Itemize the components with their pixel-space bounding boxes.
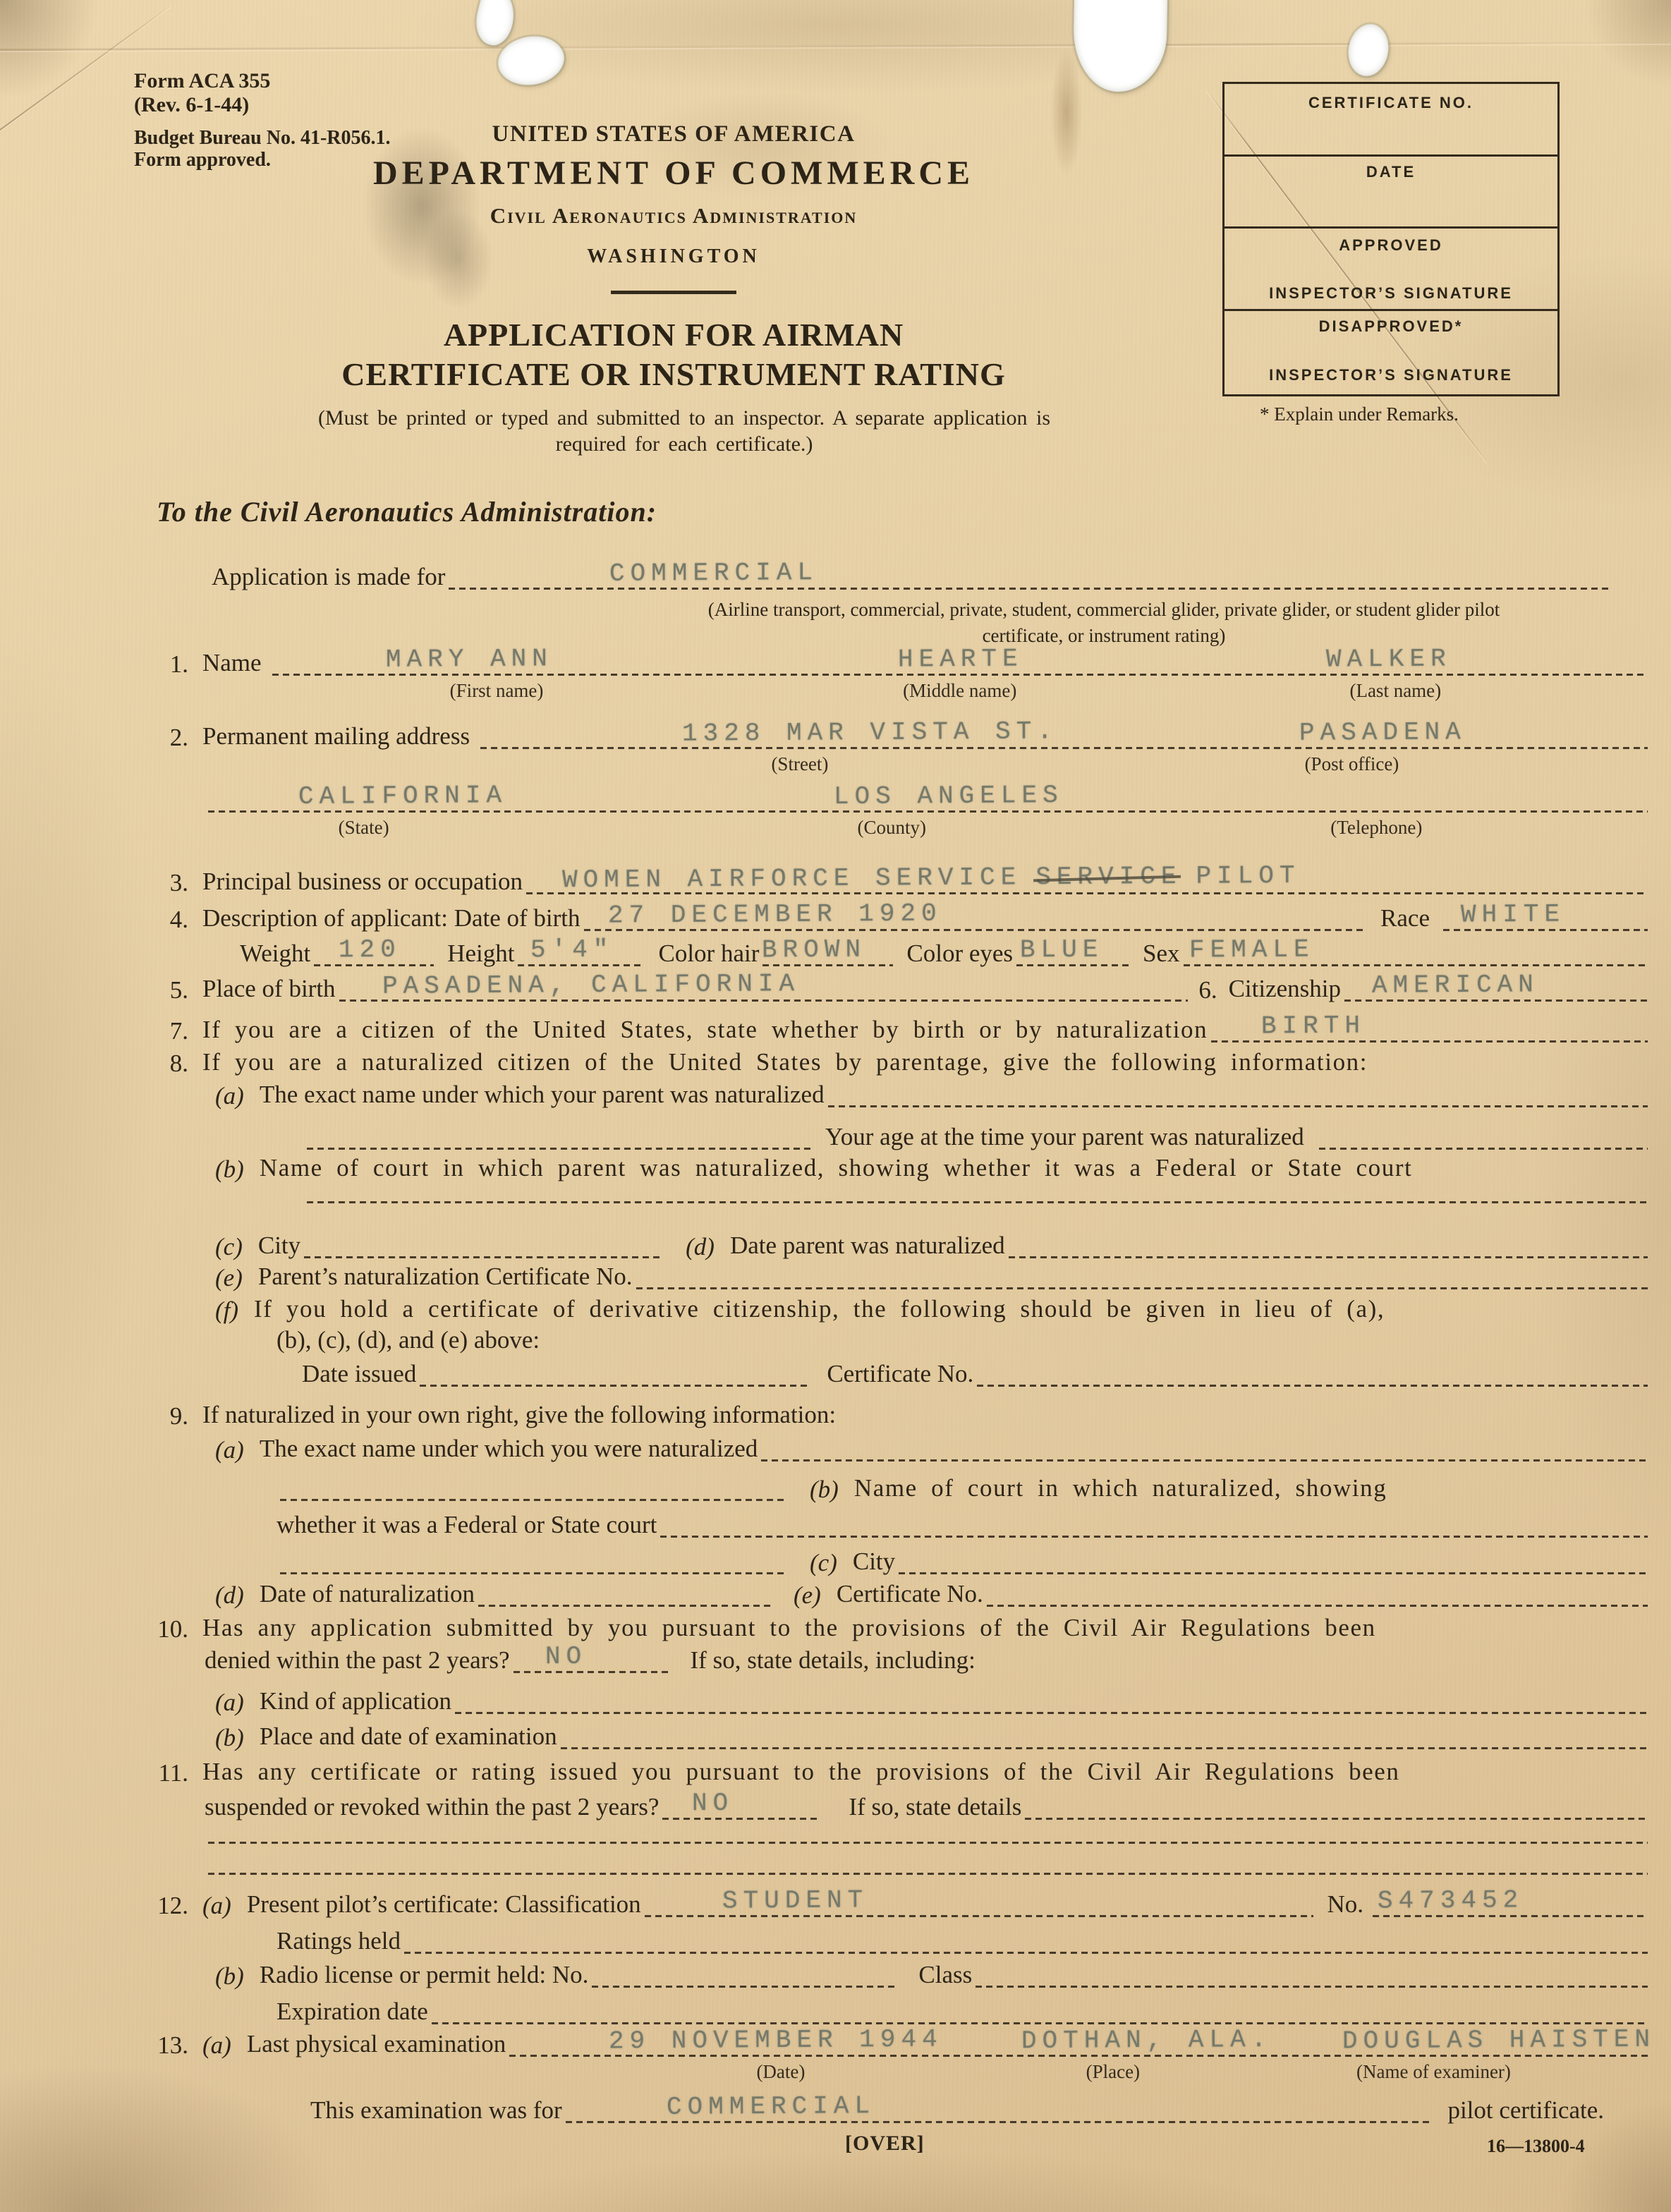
naturalized-own-right-label: If naturalized in your own right, give t…	[202, 1401, 836, 1430]
inspectors-signature-label: INSPECTOR’S SIGNATURE	[1225, 284, 1557, 303]
typed-street: 1328 MAR VISTA ST.	[682, 717, 1058, 748]
q8c-label: City	[258, 1232, 300, 1261]
q8d-label: Date parent was naturalized	[730, 1232, 1005, 1261]
typed-citizenship: AMERICAN	[1372, 970, 1539, 999]
hair-field: BROWN	[759, 937, 897, 969]
form-number-line: Form ACA 355	[134, 69, 270, 93]
citizen-field: BIRTH	[1208, 1013, 1651, 1045]
item-number: 11.	[138, 1759, 188, 1787]
over-label: [OVER]	[845, 2132, 925, 2156]
item-number: 9.	[138, 1402, 188, 1430]
sub-letter: (e)	[215, 1264, 243, 1292]
instructions-line1: (Must be printed or typed and submitted …	[145, 406, 1224, 430]
form-title-line1: APPLICATION FOR AIRMAN	[321, 316, 1026, 353]
certificate-number-label: No.	[1327, 1890, 1363, 1920]
item-number: 2.	[138, 724, 188, 752]
q8cd-row: (c) City (d) Date parent was naturalized	[215, 1229, 1651, 1261]
classification-field: STUDENT	[641, 1888, 1318, 1920]
typed-birthplace: PASADENA, CALIFORNIA	[382, 969, 800, 1001]
typed-height: 5'4"	[530, 935, 614, 965]
height-field: 5'4"	[514, 937, 648, 969]
q9e-label: Certificate No.	[837, 1580, 983, 1610]
typed-occupation-part1: WOMEN AIRFORCE SERVICE	[562, 863, 1022, 894]
address-row: 2. Permanent mailing address 1328 MAR VI…	[138, 719, 1651, 752]
ratings-label: Ratings held	[277, 1927, 401, 1957]
typed-sex: FEMALE	[1189, 935, 1315, 964]
naturalized-own-right-row: 9. If naturalized in your own right, giv…	[138, 1398, 1651, 1430]
q8c-field	[300, 1229, 667, 1261]
sub-letter: (a)	[202, 1892, 231, 1920]
q8f-row-2: (b), (c), (d), and (e) above:	[277, 1323, 1651, 1356]
sex-field: FEMALE	[1180, 937, 1651, 969]
date-issued-field	[416, 1357, 811, 1390]
q8f-label-line1: If you hold a certificate of derivative …	[254, 1295, 1385, 1325]
q9c-row: (c) City	[277, 1545, 1651, 1577]
q10a-label: Kind of application	[260, 1687, 451, 1717]
typed-exam-place: DOTHAN, ALA.	[1021, 2025, 1272, 2055]
county-hint: (County)	[857, 817, 926, 839]
physical-exam-field: 29 NOVEMBER 1944 DOTHAN, ALA. DOUGLAS HA…	[506, 2027, 1651, 2060]
certificate-no-field	[973, 1357, 1651, 1390]
q9c-field	[895, 1545, 1651, 1577]
application-for-label: Application is made for	[212, 563, 445, 592]
q8e-row: (e) Parent’s naturalization Certificate …	[215, 1260, 1651, 1292]
print-code: 16—13800-4	[1487, 2136, 1585, 2157]
typed-last-name: WALKER	[1326, 644, 1452, 674]
q9a-row: (a) The exact name under which you were …	[215, 1432, 1651, 1464]
q8f-row: (f) If you hold a certificate of derivat…	[215, 1292, 1651, 1325]
description-label: Description of applicant: Date of birth	[202, 904, 581, 934]
sub-letter: (b)	[215, 1962, 244, 1991]
radio-license-no-field	[588, 1958, 899, 1991]
typed-eyes: BLUE	[1020, 935, 1104, 965]
disapproved-label: DISAPPROVED*	[1225, 317, 1557, 336]
denied-row-2: denied within the past 2 years? NO If so…	[205, 1643, 1651, 1676]
physical-exam-row: 13. (a) Last physical examination 29 NOV…	[138, 2027, 1651, 2060]
exam-place-hint: (Place)	[1086, 2061, 1140, 2083]
inspectors-signature-label-2: INSPECTOR’S SIGNATURE	[1225, 366, 1557, 384]
expiration-label: Expiration date	[277, 1998, 428, 2027]
certificate-number-field: S473452	[1369, 1888, 1651, 1920]
item-number: 4.	[138, 906, 188, 934]
radio-class-field	[972, 1958, 1651, 1991]
item-number: 10.	[138, 1615, 188, 1643]
q9a-field	[758, 1432, 1651, 1464]
q10b-row: (b) Place and date of examination	[215, 1720, 1651, 1752]
classification-label: Present pilot’s certificate: Classificat…	[247, 1890, 641, 1920]
telephone-hint: (Telephone)	[1330, 817, 1422, 839]
radio-license-label: Radio license or permit held: No.	[260, 1961, 589, 1991]
height-label: Height	[447, 940, 514, 969]
birthplace-row: 5. Place of birth PASADENA, CALIFORNIA 6…	[138, 972, 1651, 1004]
occupation-row: 3. Principal business or occupation WOME…	[138, 865, 1651, 897]
typed-state: CALIFORNIA	[298, 781, 507, 811]
ratings-row: Ratings held	[277, 1924, 1651, 1957]
q9c-label: City	[853, 1548, 895, 1577]
hair-label: Color hair	[658, 940, 759, 969]
details-field-2	[205, 1845, 1651, 1878]
country-title: UNITED STATES OF AMERICA	[321, 121, 1026, 147]
weight-label: Weight	[240, 940, 310, 969]
certificate-no-label: CERTIFICATE NO.	[1225, 94, 1557, 112]
address-label: Permanent mailing address	[202, 722, 470, 752]
q8b-field	[303, 1174, 1651, 1206]
sub-letter: (b)	[215, 1155, 244, 1184]
q10a-field	[451, 1684, 1651, 1717]
q9b-field	[657, 1508, 1651, 1540]
q8a2-field	[1315, 1120, 1651, 1153]
q8f-label-line2: (b), (c), (d), and (e) above:	[277, 1326, 540, 1356]
box-divider	[1225, 309, 1557, 311]
item-number: 5.	[138, 976, 188, 1004]
typed-date-of-birth: 27 DECEMBER 1920	[608, 899, 942, 930]
approval-box: CERTIFICATE NO. DATE APPROVED INSPECTOR’…	[1222, 82, 1560, 396]
occupation-label: Principal business or occupation	[202, 868, 523, 897]
q9de-row: (d) Date of naturalization (e) Certifica…	[215, 1577, 1651, 1610]
description-row: 4. Description of applicant: Date of bir…	[138, 901, 1651, 934]
typed-middle-name: HEARTE	[897, 644, 1023, 674]
q9b-lead-field	[277, 1471, 791, 1504]
address-field: 1328 MAR VISTA ST. PASADENA (Street) (Po…	[477, 719, 1651, 752]
typed-hair: BROWN	[762, 935, 866, 965]
sub-letter: (d)	[686, 1233, 715, 1261]
name-field: MARY ANN HEARTE WALKER (First name) (Mid…	[269, 646, 1651, 679]
q8b-blank-row	[303, 1174, 1651, 1206]
sub-letter: (a)	[215, 1082, 244, 1110]
sub-letter: (c)	[215, 1233, 243, 1261]
box-divider	[1225, 154, 1557, 157]
q10b-field	[557, 1720, 1651, 1752]
salutation: To the Civil Aeronautics Administration:	[157, 495, 657, 528]
citizen-row: 7. If you are a citizen of the United St…	[138, 1013, 1651, 1045]
naturalized-parentage-row: 8. If you are a naturalized citizen of t…	[138, 1045, 1651, 1078]
box-divider	[1225, 226, 1557, 229]
typed-occupation-part2: PILOT	[1196, 861, 1300, 891]
citizenship-field: AMERICAN	[1341, 972, 1651, 1004]
sub-letter: (a)	[215, 1689, 244, 1717]
q8e-label: Parent’s naturalization Certificate No.	[258, 1263, 633, 1292]
birthplace-label: Place of birth	[202, 975, 336, 1004]
date-of-birth-field: 27 DECEMBER 1920	[581, 901, 1371, 934]
q9a-label: The exact name under which you were natu…	[260, 1435, 758, 1464]
details-blank-row-2	[205, 1845, 1651, 1878]
form-revision-line: (Rev. 6-1-44)	[134, 93, 270, 117]
denied-answer-field: NO	[510, 1643, 672, 1676]
denied-row: 10. Has any application submitted by you…	[138, 1611, 1651, 1643]
eyes-label: Color eyes	[906, 940, 1013, 969]
typed-occupation: WOMEN AIRFORCE SERVICESERVICEPILOT	[562, 861, 1315, 895]
physical-exam-label: Last physical examination	[247, 2030, 506, 2060]
item-number: 12.	[138, 1892, 188, 1920]
street-hint: (Street)	[771, 753, 828, 775]
application-hint-line2: certificate, or instrument rating)	[585, 623, 1622, 649]
name-label: Name	[202, 649, 262, 679]
typed-county: LOS ANGELES	[834, 781, 1064, 811]
description-row-2: Weight 120 Height 5'4" Color hair BROWN …	[240, 937, 1651, 969]
q8d-field	[1005, 1229, 1651, 1261]
item-number: 1.	[138, 650, 188, 679]
typed-race: WHITE	[1461, 900, 1565, 930]
typed-suspended-answer: NO	[692, 1789, 734, 1818]
sub-letter: (a)	[215, 1436, 244, 1464]
birthplace-field: PASADENA, CALIFORNIA	[336, 972, 1192, 1004]
q10a-row: (a) Kind of application	[215, 1684, 1651, 1717]
exam-date-hint: (Date)	[756, 2061, 805, 2083]
q8f-date-row: Date issued Certificate No.	[302, 1357, 1651, 1390]
q9b-row: (b) Name of court in which naturalized, …	[277, 1471, 1651, 1504]
denied-label-line1: Has any application submitted by you pur…	[202, 1614, 1376, 1643]
ratings-field	[401, 1924, 1651, 1957]
exam-purpose-row: This examination was for COMMERCIAL pilo…	[310, 2093, 1604, 2126]
typed-first-name: MARY ANN	[386, 644, 553, 674]
washington-label: WASHINGTON	[321, 245, 1026, 268]
expiration-row: Expiration date	[277, 1995, 1651, 2027]
eyes-field: BLUE	[1013, 937, 1133, 969]
punch-hole	[1344, 21, 1392, 80]
q9d-label: Date of naturalization	[260, 1580, 475, 1610]
q8a-field	[825, 1078, 1651, 1110]
race-label: Race	[1380, 904, 1430, 934]
approved-label: APPROVED	[1225, 236, 1557, 255]
typed-citizen-by: BIRTH	[1261, 1011, 1366, 1041]
application-for-hints: (Airline transport, commercial, private,…	[585, 597, 1622, 649]
paper-crease	[0, 42, 1671, 51]
first-name-hint: (First name)	[450, 680, 544, 702]
address-row-2: CALIFORNIA LOS ANGELES (State) (County) …	[205, 783, 1651, 815]
sex-label: Sex	[1143, 940, 1180, 969]
typed-certificate-number: S473452	[1378, 1885, 1524, 1915]
application-for-row: Application is made for COMMERCIAL	[212, 560, 1615, 592]
expiration-field	[428, 1995, 1651, 2027]
sub-letter: (e)	[794, 1581, 821, 1610]
radio-class-label: Class	[918, 1961, 972, 1991]
q8a-row: (a) The exact name under which your pare…	[215, 1078, 1651, 1110]
post-office-hint: (Post office)	[1305, 753, 1399, 775]
typed-classification: STUDENT	[722, 1885, 868, 1915]
q9b-label: Name of court in which naturalized, show…	[854, 1474, 1387, 1504]
sub-letter: (a)	[202, 2031, 231, 2060]
details-field-1	[205, 1814, 1651, 1847]
citizenship-label: Citizenship	[1229, 975, 1341, 1004]
exam-purpose-label: This examination was for	[310, 2096, 562, 2126]
sub-letter: (d)	[215, 1581, 244, 1610]
form-title-line2: CERTIFICATE OR INSTRUMENT RATING	[321, 355, 1026, 393]
item-number: 3.	[138, 869, 188, 897]
q8e-field	[633, 1260, 1652, 1292]
details-blank-row	[205, 1814, 1651, 1847]
item-number: 7.	[138, 1017, 188, 1045]
q8a2-label: Your age at the time your parent was nat…	[825, 1123, 1304, 1153]
occupation-field: WOMEN AIRFORCE SERVICESERVICEPILOT	[523, 865, 1651, 897]
q9b-label-line2: whether it was a Federal or State court	[277, 1511, 657, 1540]
q9e-field	[983, 1577, 1651, 1610]
administration-title: Civil Aeronautics Administration	[321, 203, 1026, 229]
date-label: DATE	[1225, 163, 1557, 181]
typed-exam-date: 29 NOVEMBER 1944	[609, 2025, 943, 2056]
q8a-label: The exact name under which your parent w…	[260, 1081, 825, 1110]
weight-field: 120	[310, 937, 437, 969]
race-field: WHITE	[1440, 901, 1651, 934]
naturalized-parentage-label: If you are a naturalized citizen of the …	[202, 1048, 1368, 1078]
name-row: 1. Name MARY ANN HEARTE WALKER (First na…	[138, 646, 1651, 679]
denied-label-line2b: If so, state details, including:	[691, 1646, 976, 1676]
exam-purpose-field: COMMERCIAL	[562, 2093, 1434, 2126]
typed-exam-purpose: COMMERCIAL	[667, 2091, 875, 2122]
q8a2-lead-field	[303, 1120, 814, 1153]
q8a2-row: Your age at the time your parent was nat…	[303, 1120, 1651, 1153]
typed-weight: 120	[339, 935, 401, 965]
state-hint: (State)	[339, 817, 389, 839]
denied-label-line2: denied within the past 2 years?	[205, 1646, 510, 1676]
certificate-no-label: Certificate No.	[827, 1360, 973, 1390]
pilot-certificate-row: 12. (a) Present pilot’s certificate: Cla…	[138, 1888, 1651, 1920]
sub-letter: (f)	[215, 1296, 238, 1325]
exam-examiner-hint: (Name of examiner)	[1356, 2061, 1511, 2083]
header-rule	[611, 291, 736, 294]
last-name-hint: (Last name)	[1349, 680, 1441, 702]
punch-hole	[494, 32, 567, 90]
form-number: Form ACA 355 (Rev. 6-1-44)	[134, 69, 270, 117]
item-number: 6.	[1198, 976, 1217, 1004]
q9c-lead-field	[277, 1545, 791, 1577]
sub-letter: (b)	[810, 1476, 839, 1504]
item-number: 13.	[138, 2031, 188, 2060]
instructions-line2: required for each certificate.)	[145, 432, 1224, 456]
suspended-label-line1: Has any certificate or rating issued you…	[202, 1758, 1400, 1787]
q9d-field	[475, 1577, 778, 1610]
q10b-label: Place and date of examination	[260, 1722, 557, 1752]
middle-name-hint: (Middle name)	[903, 680, 1016, 702]
remarks-footnote: * Explain under Remarks.	[1260, 403, 1459, 425]
date-issued-label: Date issued	[302, 1360, 416, 1390]
application-hint-line1: (Airline transport, commercial, private,…	[585, 597, 1622, 623]
suspended-row: 11. Has any certificate or rating issued…	[138, 1755, 1651, 1787]
typed-post-office: PASADENA	[1299, 717, 1466, 747]
typed-application-type: COMMERCIAL	[609, 558, 818, 588]
sub-letter: (b)	[215, 1724, 244, 1752]
typed-exam-examiner: DOUGLAS HAISTEN	[1342, 2025, 1655, 2056]
scanned-form-page: Form ACA 355 (Rev. 6-1-44) Budget Bureau…	[0, 0, 1671, 2212]
citizen-label: If you are a citizen of the United State…	[202, 1016, 1208, 1045]
department-title: DEPARTMENT OF COMMERCE	[321, 154, 1026, 193]
application-for-field: COMMERCIAL	[445, 560, 1615, 592]
typed-denied-answer: NO	[545, 1642, 587, 1671]
sub-letter: (c)	[810, 1549, 837, 1577]
address-field-2: CALIFORNIA LOS ANGELES (State) (County) …	[205, 783, 1651, 815]
radio-license-row: (b) Radio license or permit held: No. Cl…	[215, 1958, 1651, 1991]
item-number: 8.	[138, 1050, 188, 1078]
q9b-row-2: whether it was a Federal or State court	[277, 1508, 1651, 1540]
typed-occupation-struck: SERVICE	[1035, 862, 1181, 892]
torn-notch	[1073, 0, 1167, 92]
exam-purpose-suffix: pilot certificate.	[1447, 2096, 1604, 2126]
